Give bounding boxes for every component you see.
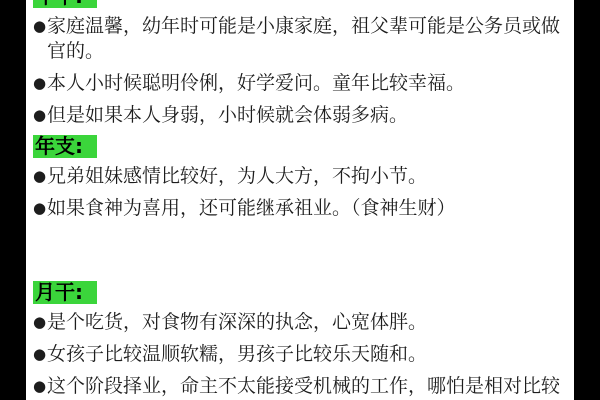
list-item-text: 这个阶段择业，命主不太能接受机械的工作，哪怕是相对比较: [47, 374, 566, 399]
bullet-icon: ●: [33, 310, 47, 335]
section-heading: 年干:: [33, 0, 97, 8]
list-item: ● 家庭温馨，幼年时可能是小康家庭，祖父辈可能是公务员或做官的。: [33, 14, 566, 64]
section: 年支: ● 兄弟姐妹感情比较好，为人大方，不拘小节。 ● 如果食神为喜用，还可能…: [33, 135, 566, 221]
section: 月干: ● 是个吃货，对食物有深深的执念，心宽体胖。 ● 女孩子比较温顺软糯，男…: [33, 281, 566, 399]
list-item: ● 如果食神为喜用，还可能继承祖业。（食神生财）: [33, 196, 566, 221]
bullet-icon: ●: [33, 14, 47, 39]
bullet-icon: ●: [33, 164, 47, 189]
list-item: ● 这个阶段择业，命主不太能接受机械的工作，哪怕是相对比较: [33, 374, 566, 399]
section-heading: 月干:: [33, 281, 97, 304]
section-items: ● 家庭温馨，幼年时可能是小康家庭，祖父辈可能是公务员或做官的。 ● 本人小时候…: [33, 14, 566, 128]
section-items: ● 是个吃货，对食物有深深的执念，心宽体胖。 ● 女孩子比较温顺软糯，男孩子比较…: [33, 310, 566, 399]
section-heading: 年支:: [33, 135, 97, 158]
bullet-icon: ●: [33, 71, 47, 96]
list-item: ● 兄弟姐妹感情比较好，为人大方，不拘小节。: [33, 164, 566, 189]
page: 年干: ● 家庭温馨，幼年时可能是小康家庭，祖父辈可能是公务员或做官的。 ● 本…: [0, 0, 600, 400]
bullet-icon: ●: [33, 342, 47, 367]
right-letterbox: [574, 0, 600, 400]
left-letterbox: [0, 0, 26, 400]
section-heading-wrap: 月干:: [33, 281, 566, 304]
list-item-text: 家庭温馨，幼年时可能是小康家庭，祖父辈可能是公务员或做官的。: [47, 14, 566, 64]
section-heading-wrap: 年支:: [33, 135, 566, 158]
list-item-text: 兄弟姐妹感情比较好，为人大方，不拘小节。: [47, 164, 566, 189]
bullet-icon: ●: [33, 374, 47, 399]
list-item: ● 但是如果本人身弱，小时候就会体弱多病。: [33, 103, 566, 128]
list-item-text: 本人小时候聪明伶俐，好学爱问。童年比较幸福。: [47, 71, 566, 96]
bullet-icon: ●: [33, 103, 47, 128]
section-items: ● 兄弟姐妹感情比较好，为人大方，不拘小节。 ● 如果食神为喜用，还可能继承祖业…: [33, 164, 566, 221]
sections-root: 年干: ● 家庭温馨，幼年时可能是小康家庭，祖父辈可能是公务员或做官的。 ● 本…: [33, 0, 566, 399]
list-item-text: 但是如果本人身弱，小时候就会体弱多病。: [47, 103, 566, 128]
list-item-text: 女孩子比较温顺软糯，男孩子比较乐天随和。: [47, 342, 566, 367]
bullet-icon: ●: [33, 196, 47, 221]
list-item-text: 如果食神为喜用，还可能继承祖业。（食神生财）: [47, 196, 566, 221]
list-item: ● 女孩子比较温顺软糯，男孩子比较乐天随和。: [33, 342, 566, 367]
list-item: ● 是个吃货，对食物有深深的执念，心宽体胖。: [33, 310, 566, 335]
list-item: ● 本人小时候聪明伶俐，好学爱问。童年比较幸福。: [33, 71, 566, 96]
content-panel: 年干: ● 家庭温馨，幼年时可能是小康家庭，祖父辈可能是公务员或做官的。 ● 本…: [26, 0, 574, 400]
section-heading-wrap: 年干:: [33, 0, 566, 8]
list-item-text: 是个吃货，对食物有深深的执念，心宽体胖。: [47, 310, 566, 335]
section: 年干: ● 家庭温馨，幼年时可能是小康家庭，祖父辈可能是公务员或做官的。 ● 本…: [33, 0, 566, 128]
